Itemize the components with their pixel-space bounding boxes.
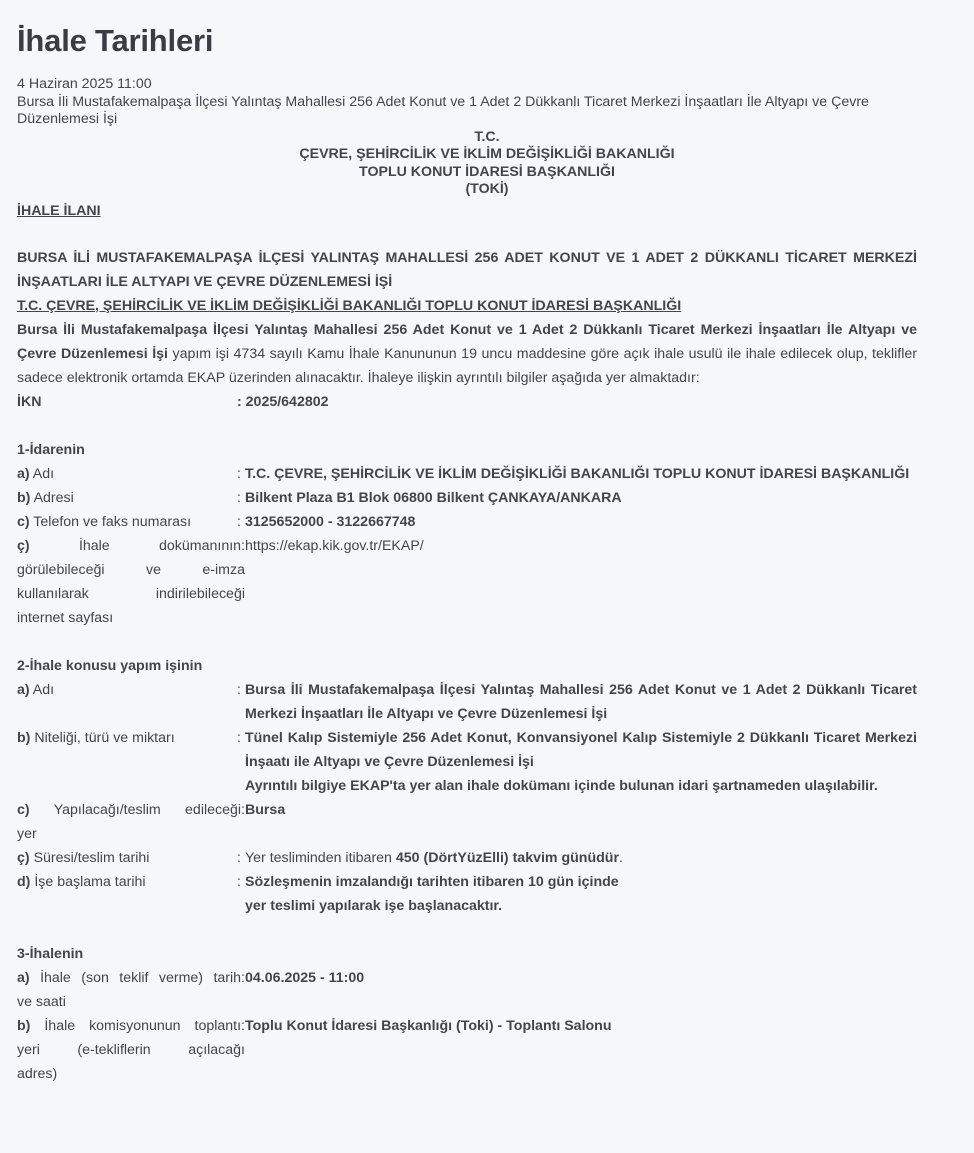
s1-row-website-label: ç) İhale dokümanının: görülebileceği ve … [17, 534, 245, 630]
s3-row-date: a) İhale (son teklif verme) tarih: ve sa… [17, 966, 917, 1014]
item-key: a) [17, 682, 30, 698]
s3-row-venue: b) İhale komisyonunun toplantı: yeri (e-… [17, 1014, 917, 1086]
item-key: c) [17, 514, 30, 530]
ikn-row: İKN : 2025/642802 [17, 390, 917, 414]
item-label: Adresi [30, 490, 73, 506]
s2-row-type-value: Tünel Kalıp Sistemiyle 256 Adet Konut, K… [245, 726, 917, 798]
s3-row-date-label: a) İhale (son teklif verme) tarih: ve sa… [17, 966, 245, 1014]
label-line: c) Yapılacağı/teslim edileceği: [17, 798, 245, 822]
ikn-label-text: İKN [17, 394, 41, 410]
item-key: ç) [17, 850, 30, 866]
ikn-value: : 2025/642802 [237, 390, 917, 414]
header-line-toki: TOPLU KONUT İDARESİ BAŞKANLIĞI [17, 164, 957, 182]
start-line-1: Sözleşmenin imzalandığı tarihten itibare… [245, 870, 917, 894]
section-1-heading: 1-İdarenin [17, 438, 957, 462]
s1-row-phone-label: c) Telefon ve faks numarası [17, 510, 237, 534]
s2-row-name: a) Adı : Bursa İli Mustafakemalpaşa İlçe… [17, 678, 917, 726]
type-extra: Ayrıntılı bilgiye EKAP'ta yer alan ihale… [245, 774, 917, 798]
item-label: Telefon ve faks numarası [30, 514, 191, 530]
s2-row-start-label: d) İşe başlama tarihi [17, 870, 237, 918]
publish-date: 4 Haziran 2025 11:00 [17, 76, 957, 94]
page: İhale Tarihleri 4 Haziran 2025 11:00 Bur… [0, 0, 974, 1086]
tender-datetime: 04.06.2025 - 11:00 [245, 966, 917, 1014]
article-subtitle: Bursa İli Mustafakemalpaşa İlçesi Yalınt… [17, 94, 937, 129]
notice-heading: İHALE İLANI [17, 199, 957, 223]
item-key: b) [17, 730, 30, 746]
duration-post: . [619, 850, 623, 866]
page-title: İhale Tarihleri [17, 0, 957, 60]
s2-row-start-value: Sözleşmenin imzalandığı tarihten itibare… [245, 870, 917, 918]
item-label: Yapılacağı/teslim edileceği: [54, 802, 245, 818]
label-line: adres) [17, 1062, 245, 1086]
item-label: İhale (son teklif verme) tarih: [40, 970, 245, 986]
colon: : [237, 726, 245, 798]
colon: : [237, 510, 245, 534]
tender-notice: İHALE İLANI BURSA İLİ MUSTAFAKEMALPAŞA İ… [17, 199, 957, 1086]
notice-intro: Bursa İli Mustafakemalpaşa İlçesi Yalınt… [17, 318, 917, 390]
s2-row-duration: ç) Süresi/teslim tarihi : Yer tesliminde… [17, 846, 917, 870]
s2-row-duration-value: Yer tesliminden itibaren 450 (DörtYüzEll… [245, 846, 917, 870]
type-text: Tünel Kalıp Sistemiyle 256 Adet Konut, K… [245, 726, 917, 774]
s1-row-address: b) Adresi : Bilkent Plaza B1 Blok 06800 … [17, 486, 917, 510]
item-label: Adı [30, 466, 54, 482]
s2-row-location-label: c) Yapılacağı/teslim edileceği: yer [17, 798, 245, 846]
ekap-link[interactable]: https://ekap.kik.gov.tr/EKAP/ [245, 534, 917, 630]
s2-row-name-label: a) Adı [17, 678, 237, 726]
item-key: c) [17, 802, 30, 818]
label-line: kullanılarak indirilebileceği [17, 582, 245, 606]
item-key: ç) [17, 538, 30, 554]
s2-row-name-value: Bursa İli Mustafakemalpaşa İlçesi Yalınt… [245, 678, 917, 726]
subject-text: BURSA İLİ MUSTAFAKEMALPAŞA İLÇESİ YALINT… [17, 250, 917, 290]
item-label: İhale komisyonunun toplantı: [44, 1018, 245, 1034]
header-line-abbr: (TOKİ) [17, 181, 957, 199]
label-line: ve saati [17, 990, 245, 1014]
s2-row-duration-label: ç) Süresi/teslim tarihi [17, 846, 237, 870]
colon: : [237, 462, 245, 486]
s1-row-phone-value: 3125652000 - 3122667748 [245, 510, 917, 534]
colon: : [237, 846, 245, 870]
label-line: yeri (e-tekliflerin açılacağı [17, 1038, 245, 1062]
header-line-tc: T.C. [17, 129, 957, 147]
section-3-heading: 3-İhalenin [17, 942, 957, 966]
label-line: yer [17, 822, 245, 846]
s1-row-name-value: T.C. ÇEVRE, ŞEHİRCİLİK VE İKLİM DEĞİŞİKL… [245, 462, 917, 486]
s3-row-venue-label: b) İhale komisyonunun toplantı: yeri (e-… [17, 1014, 245, 1086]
item-label: Süresi/teslim tarihi [30, 850, 150, 866]
start-line-2: yer teslimi yapılarak işe başlanacaktır. [245, 894, 917, 918]
colon: : [237, 678, 245, 726]
item-label: Niteliği, türü ve miktarı [30, 730, 174, 746]
label-line: internet sayfası [17, 606, 245, 630]
label-line: a) İhale (son teklif verme) tarih: [17, 966, 245, 990]
s2-row-type-label: b) Niteliği, türü ve miktarı [17, 726, 237, 798]
section-2-heading: 2-İhale konusu yapım işinin [17, 654, 957, 678]
duration-days: 450 (DörtYüzElli) takvim günüdür [396, 850, 619, 866]
item-key: d) [17, 874, 30, 890]
item-label: İhale dokümanının: [79, 538, 245, 554]
s1-row-address-label: b) Adresi [17, 486, 237, 510]
subject-authority: T.C. ÇEVRE, ŞEHİRCİLİK VE İKLİM DEĞİŞİKL… [17, 294, 917, 318]
s2-row-location-value: Bursa [245, 798, 917, 846]
ikn-label: İKN [17, 390, 237, 414]
authority-header: T.C. ÇEVRE, ŞEHİRCİLİK VE İKLİM DEĞİŞİKL… [17, 129, 957, 199]
s2-row-type: b) Niteliği, türü ve miktarı : Tünel Kal… [17, 726, 917, 798]
s2-row-location: c) Yapılacağı/teslim edileceği: yer Burs… [17, 798, 917, 846]
article-meta: 4 Haziran 2025 11:00 Bursa İli Mustafake… [17, 76, 957, 129]
s1-row-address-value: Bilkent Plaza B1 Blok 06800 Bilkent ÇANK… [245, 486, 917, 510]
colon: : [237, 486, 245, 510]
item-key: b) [17, 1018, 30, 1034]
item-key: b) [17, 490, 30, 506]
s2-row-start: d) İşe başlama tarihi : Sözleşmenin imza… [17, 870, 917, 918]
item-key: a) [17, 970, 30, 986]
duration-pre: Yer tesliminden itibaren [245, 850, 396, 866]
s1-row-phone: c) Telefon ve faks numarası : 3125652000… [17, 510, 917, 534]
label-line: b) İhale komisyonunun toplantı: [17, 1014, 245, 1038]
s1-row-name-label: a) Adı [17, 462, 237, 486]
header-line-ministry: ÇEVRE, ŞEHİRCİLİK VE İKLİM DEĞİŞİKLİĞİ B… [17, 146, 957, 164]
meeting-venue: Toplu Konut İdaresi Başkanlığı (Toki) - … [245, 1014, 917, 1086]
s1-row-name: a) Adı : T.C. ÇEVRE, ŞEHİRCİLİK VE İKLİM… [17, 462, 917, 486]
s1-row-website: ç) İhale dokümanının: görülebileceği ve … [17, 534, 917, 630]
notice-subject: BURSA İLİ MUSTAFAKEMALPAŞA İLÇESİ YALINT… [17, 246, 917, 318]
colon: : [237, 870, 245, 918]
item-key: a) [17, 466, 30, 482]
item-label: İşe başlama tarihi [30, 874, 145, 890]
label-line: ç) İhale dokümanının: [17, 534, 245, 558]
item-label: Adı [30, 682, 54, 698]
label-line: görülebileceği ve e-imza [17, 558, 245, 582]
